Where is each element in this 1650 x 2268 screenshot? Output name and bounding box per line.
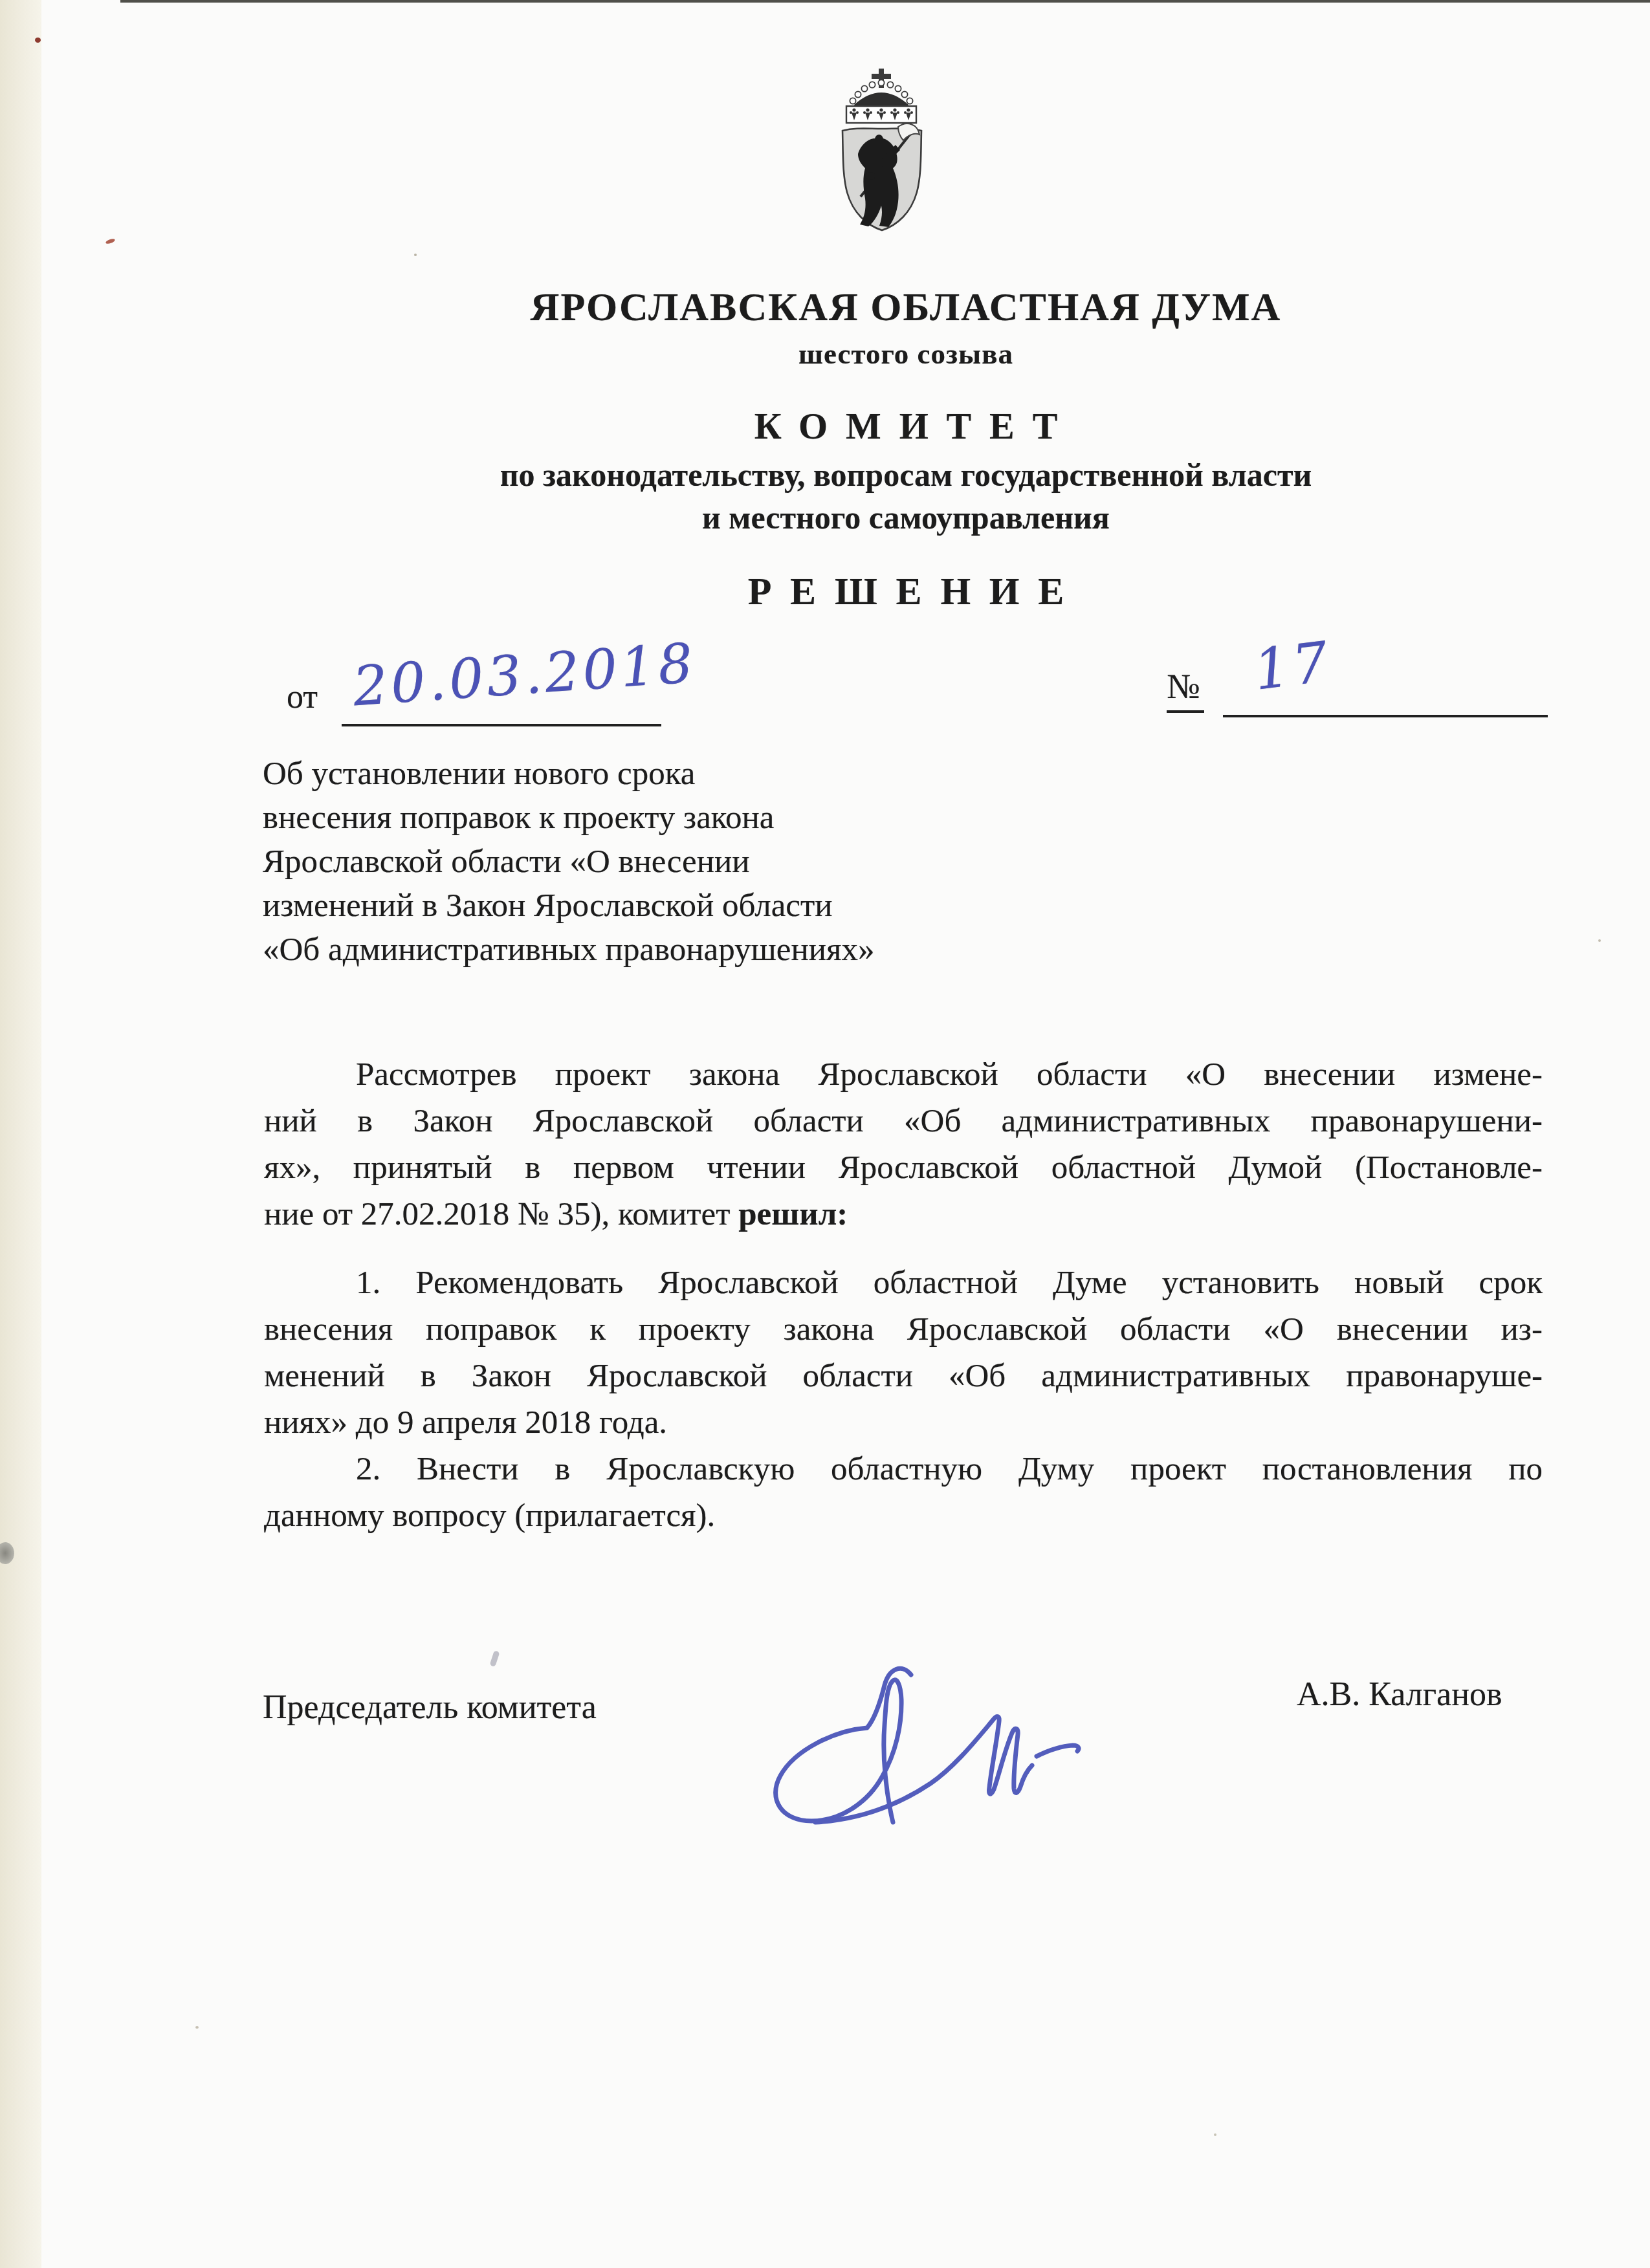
text-line: изменений в Закон Ярославской области	[263, 884, 874, 928]
item1-middle: внесения поправок к проекту закона Яросл…	[264, 1306, 1543, 1399]
signer-name: А.В. Калганов	[1297, 1675, 1502, 1714]
date-label: от	[287, 678, 318, 716]
handwritten-date: 20.03.2018	[351, 631, 698, 719]
scanner-edge-strip	[0, 0, 41, 2268]
text-line: внесения поправок к проекту закона	[263, 796, 874, 840]
paragraph1-line1: Рассмотрев проект закона Ярославской обл…	[264, 1051, 1543, 1098]
dust-speck	[195, 2026, 199, 2029]
ink-fleck	[490, 1650, 500, 1667]
dust-speck	[105, 238, 115, 245]
item1-lastline: ниях» до 9 апреля 2018 года.	[264, 1399, 1543, 1446]
committee-description-line2: и местного самоуправления	[259, 499, 1553, 536]
committee-description-line1: по законодательству, вопросам государств…	[259, 456, 1553, 494]
text-line: менений в Закон Ярославской области «Об …	[264, 1353, 1543, 1399]
text-line: ний в Закон Ярославской области «Об адми…	[264, 1098, 1543, 1144]
paragraph1-middle: ний в Закон Ярославской области «Об адми…	[264, 1098, 1543, 1191]
text-line: внесения поправок к проекту закона Яросл…	[264, 1306, 1543, 1353]
organization-name: ЯРОСЛАВСКАЯ ОБЛАСТНАЯ ДУМА	[259, 285, 1553, 331]
signer-position-label: Председатель комитета	[263, 1688, 597, 1727]
scan-top-edge	[120, 0, 1650, 3]
committee-title: КОМИТЕТ	[259, 404, 1553, 448]
number-underline	[1223, 715, 1548, 717]
text-line: ях», принятый в первом чтении Ярославско…	[264, 1144, 1543, 1191]
dust-speck	[414, 254, 417, 256]
number-label: №	[1167, 666, 1204, 713]
handwritten-number: 17	[1250, 629, 1335, 703]
item2-line1: 2. Внести в Ярославскую областную Думу п…	[264, 1446, 1543, 1492]
document-subject: Об установлении нового срокавнесения поп…	[263, 752, 874, 972]
dust-speck	[1214, 2133, 1216, 2136]
dust-speck	[35, 38, 41, 43]
text-line: Об установлении нового срока	[263, 752, 874, 796]
text-line: «Об административных правонарушениях»	[263, 928, 874, 972]
paragraph1-lastline: ние от 27.02.2018 № 35), комитет решил:	[264, 1191, 1543, 1238]
paragraph1-resolved-bold: решил:	[738, 1196, 848, 1232]
item2-lastline: данному вопросу (прилагается).	[264, 1492, 1543, 1539]
item1-line1: 1. Рекомендовать Ярославской областной Д…	[264, 1259, 1543, 1306]
text-line: Ярославской области «О внесении	[263, 840, 874, 884]
document-body: Рассмотрев проект закона Ярославской обл…	[264, 1051, 1543, 1539]
signature-autograph-icon	[757, 1646, 1094, 1847]
scanned-document-page: ЯРОСЛАВСКАЯ ОБЛАСТНАЯ ДУМА шестого созыв…	[0, 0, 1650, 2268]
document-type-title: РЕШЕНИЕ	[259, 569, 1553, 614]
coat-of-arms-icon	[833, 66, 930, 234]
date-underline	[342, 724, 661, 726]
paragraph1-last-prefix: ние от 27.02.2018 № 35), комитет	[264, 1196, 738, 1232]
convocation-line: шестого созыва	[259, 337, 1553, 371]
dust-speck	[1598, 939, 1601, 942]
